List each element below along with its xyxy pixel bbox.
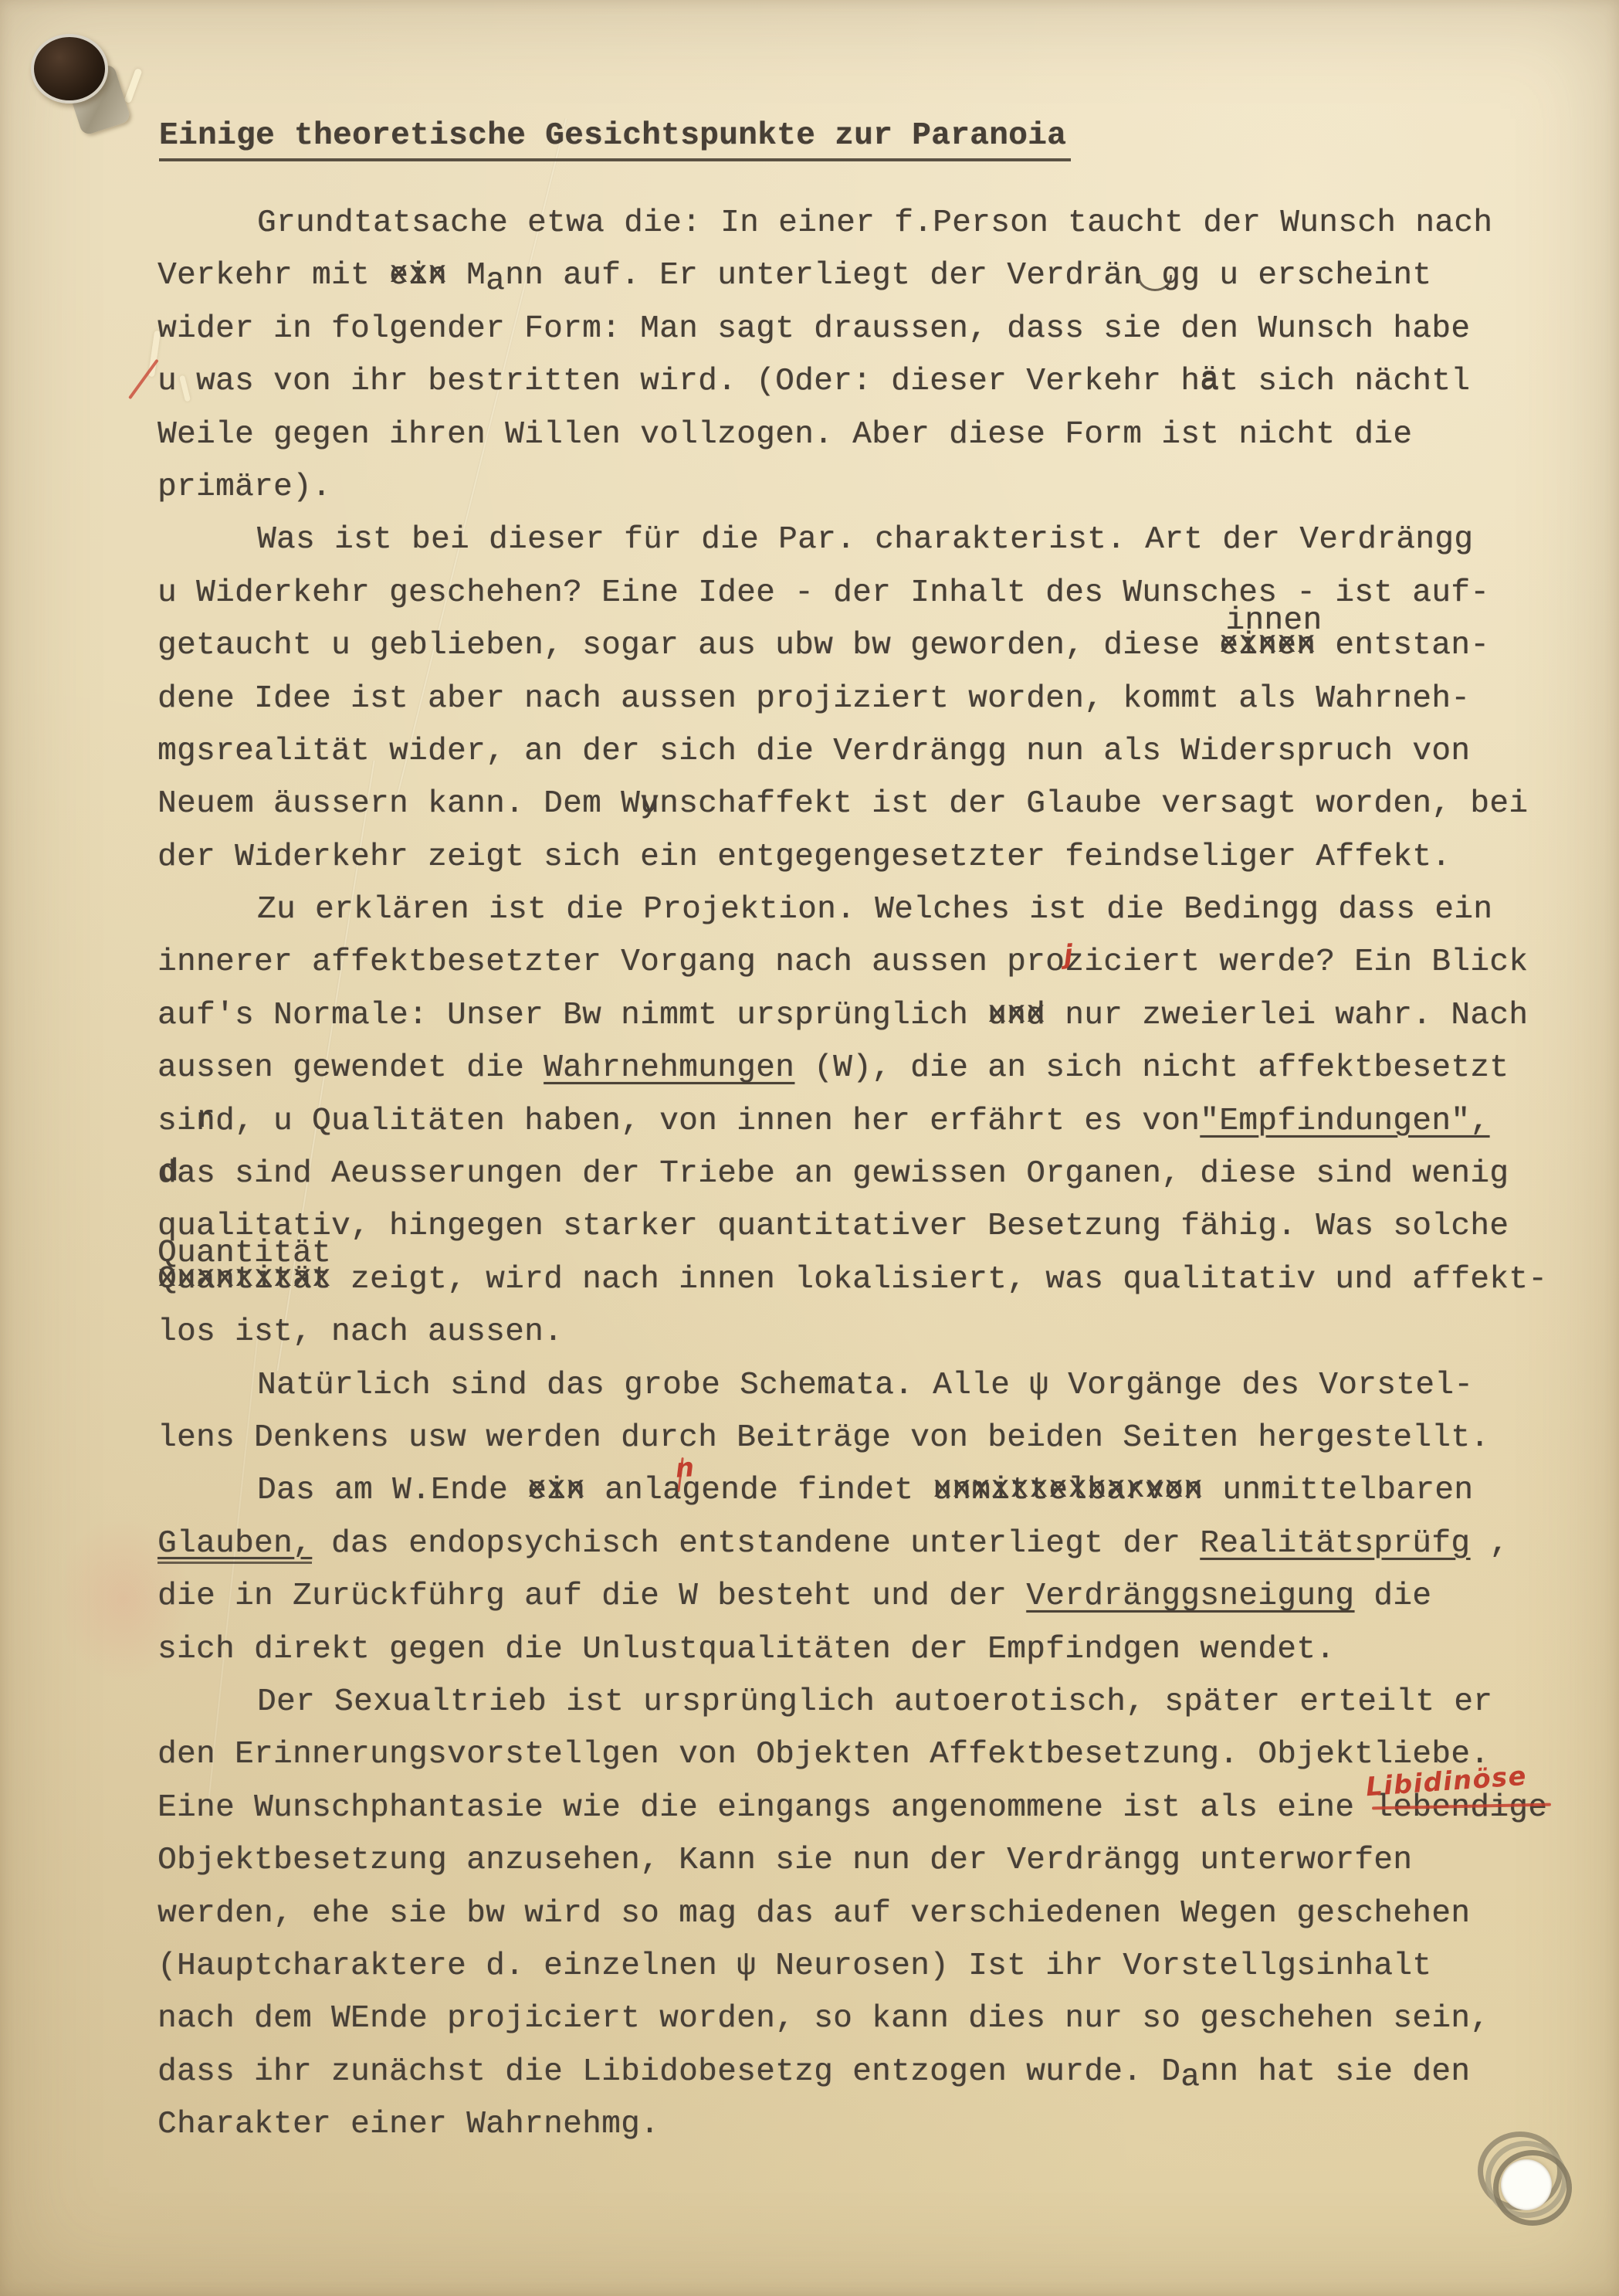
document-title: Einige theoretische Gesichtspunkte zur P… — [159, 120, 1071, 161]
typewritten-line: Glauben, das endopsychisch entstandene u… — [157, 1518, 1601, 1570]
typed-segment: aussen gewendet die — [157, 1050, 544, 1086]
typed-segment: "Empfindungen", — [1200, 1104, 1489, 1139]
typewritten-line: Natürlich sind das grobe Schemata. Alle … — [157, 1359, 1601, 1412]
typed-segment: den Erinnerungsvorstellgen von Objekten … — [157, 1737, 1489, 1772]
typed-segment: das endopsychisch entstandene unterliegt… — [312, 1526, 1200, 1562]
typed-segment: zeigt, wird nach innen lokalisiert, was … — [331, 1262, 1547, 1297]
typewritten-line: Neuem äussern kann. Dem Wuynschaffekt is… — [157, 778, 1601, 830]
typed-segment: einenxxxxx — [1219, 628, 1316, 663]
hole-punch — [1501, 2159, 1552, 2210]
punched-hole — [1464, 2125, 1595, 2257]
typed-segment: undxxx — [987, 998, 1045, 1033]
typed-segment: Wahrnehmungen — [544, 1050, 794, 1086]
typed-segment: nschaffekt ist der Glaube versagt worden… — [659, 786, 1528, 822]
typed-segment: lebendigeLibidinöse — [1373, 1790, 1547, 1826]
typed-segment — [1142, 258, 1161, 293]
typed-segment: wider in folgender Form: Man sagt drauss… — [157, 311, 1470, 347]
typed-segment: aä — [1200, 364, 1219, 399]
typed-segment: Zu erklären ist die Projektion. Welches … — [257, 892, 1492, 928]
typed-segment: die — [1354, 1579, 1431, 1614]
typewritten-line: den Erinnerungsvorstellgen von Objekten … — [157, 1728, 1601, 1781]
typed-segment: primäre). — [157, 470, 331, 505]
typed-segment: entstan- — [1316, 628, 1489, 663]
typed-segment: qualitativ, hingegen starker quantitativ… — [157, 1209, 1509, 1244]
typed-segment: Realitätsprüfg — [1200, 1526, 1470, 1562]
typed-segment: a — [486, 255, 505, 307]
typed-segment: u — [157, 364, 177, 399]
typed-segment: innerer affektbesetzter Vorgang nach aus… — [157, 945, 1065, 980]
typewritten-line: der Widerkehr zeigt sich ein entgegenges… — [157, 831, 1601, 883]
typewritten-line: die in Zurückführg auf die W besteht und… — [157, 1570, 1601, 1623]
typed-segment: (W), die an sich nicht affektbesetzt — [794, 1050, 1509, 1086]
typed-segment: anla — [585, 1473, 682, 1508]
typed-segment: dass ihr zunächst die Libidobesetzg entz… — [157, 2054, 1180, 2090]
typed-segment: was von ihr bestritten wird. (Oder: dies… — [177, 364, 1200, 399]
typed-segment: Eine Wunschphantasie wie die eingangs an… — [157, 1790, 1373, 1826]
pin-head — [31, 34, 108, 103]
typed-segment: Das am W.Ende — [257, 1473, 527, 1508]
typed-segment: dd — [157, 1156, 177, 1192]
typed-lines: Grundtatsache etwa die: In einer f.Perso… — [157, 197, 1601, 2151]
typewritten-line: Verkehr mit einxxx Mann auf. Er unterlie… — [157, 249, 1601, 302]
typed-segment: Charakter einer Wahrnehmg. — [157, 2107, 659, 2142]
overtype-mark: xxx — [527, 1474, 585, 1505]
typed-segment: Quantitätxxxxxxxxx — [157, 1262, 331, 1297]
overtype-mark: y — [640, 789, 659, 820]
typewritten-line: aussen gewendet die Wahrnehmungen (W), d… — [157, 1042, 1601, 1094]
typed-segment: as sind Aeusserungen der Triebe an gewis… — [177, 1156, 1509, 1192]
typewritten-line: u was von ihr bestritten wird. (Oder: di… — [157, 355, 1601, 408]
typed-segment: Natürlich sind das grobe Schemata. Alle … — [257, 1368, 1473, 1403]
typewritten-line: Was ist bei dieser für die Par. charakte… — [157, 514, 1601, 566]
metal-pin — [29, 29, 145, 145]
typewritten-line: primäre). — [157, 461, 1601, 514]
typed-segment: u Widerkehr geschehen? Eine Idee - der I… — [157, 575, 1489, 611]
typed-segment: Der Sexualtrieb ist ursprünglich autoero… — [257, 1684, 1492, 1720]
typed-segment: Weile gegen ihren Willen vollzogen. Aber… — [157, 417, 1412, 453]
typed-segment: a — [1180, 2051, 1200, 2104]
typewritten-line: werden, ehe sie bw wird so mag das auf v… — [157, 1887, 1601, 1940]
typewritten-line: nach dem WEnde projiciert worden, so kan… — [157, 1992, 1601, 2045]
typewritten-line: mgsrealität wider, an der sich die Verdr… — [157, 725, 1601, 778]
overtype-mark: xxxxxxxxxxxxxx — [933, 1474, 1203, 1505]
typed-segment: unmittelbarvonxxxxxxxxxxxxxx — [933, 1473, 1203, 1508]
typewritten-line: los ist, nach aussen. — [157, 1306, 1601, 1358]
typed-segment: Glauben, — [157, 1526, 312, 1564]
typewritten-line: sich direkt gegen die Unlustqualitäten d… — [157, 1623, 1601, 1676]
typed-segment: der Widerkehr zeigt sich ein entgegenges… — [157, 839, 1451, 875]
typewritten-line: auf's Normale: Unser Bw nimmt ursprüngli… — [157, 989, 1601, 1042]
typed-segment: Was ist bei dieser für die Par. charakte… — [257, 522, 1473, 558]
typed-segment: d, u Qualitäten haben, von innen her erf… — [215, 1104, 1200, 1139]
overtype-mark: xxxxx — [1219, 629, 1316, 660]
typewritten-line: Grundtatsache etwa die: In einer f.Perso… — [157, 197, 1601, 249]
typewritten-line: dene Idee ist aber nach aussen projizier… — [157, 673, 1601, 725]
typed-segment: Verdränggsneigung — [1026, 1579, 1354, 1614]
typewritten-line: Eine Wunschphantasie wie die eingangs an… — [157, 1782, 1601, 1834]
typewritten-line: Der Sexualtrieb ist ursprünglich autoero… — [157, 1676, 1601, 1728]
overtype-mark: r — [196, 1104, 215, 1135]
typed-segment: zj — [1065, 945, 1084, 980]
typewritten-line: QuantitätQuantitätxxxxxxxxx zeigt, wird … — [157, 1253, 1601, 1306]
typewritten-line: ddas sind Aeusserungen der Triebe an gew… — [157, 1148, 1601, 1200]
typewritten-line: Charakter einer Wahrnehmg. — [157, 2098, 1601, 2151]
typed-content: Einige theoretische Gesichtspunkte zur P… — [157, 120, 1601, 2151]
typewritten-line: Das am W.Ende einxxx anlagenden findet u… — [157, 1464, 1601, 1517]
typewritten-line: u Widerkehr geschehen? Eine Idee - der I… — [157, 567, 1601, 619]
typewritten-line: innerer affektbesetzter Vorgang nach aus… — [157, 936, 1601, 989]
typewritten-line: Zu erklären ist die Projektion. Welches … — [157, 883, 1601, 936]
overtype-mark: xxx — [389, 259, 447, 290]
typed-segment: M — [447, 258, 486, 293]
typed-segment: mgsrealität wider, an der sich die Verdr… — [157, 734, 1470, 769]
typed-segment: nur zweierlei wahr. Nach — [1045, 998, 1528, 1033]
typed-segment: uy — [640, 786, 659, 822]
typewritten-line: dass ihr zunächst die Libidobesetzg entz… — [157, 2046, 1601, 2098]
scanned-manuscript-page: Einige theoretische Gesichtspunkte zur P… — [0, 0, 1619, 2296]
typed-segment: , — [1470, 1526, 1509, 1562]
typed-segment: (Hauptcharaktere d. einzelnen ψ Neurosen… — [157, 1948, 1431, 1984]
overtype-mark: xxx — [987, 999, 1045, 1030]
typed-segment: Objektbesetzung anzusehen, Kann sie nun … — [157, 1843, 1412, 1878]
typewritten-line: sinrd, u Qualitäten haben, von innen her… — [157, 1095, 1601, 1148]
typed-segment: dene Idee ist aber nach aussen projizier… — [157, 681, 1470, 717]
overtype-mark: ä — [1200, 365, 1219, 396]
typewritten-line: wider in folgender Form: Man sagt drauss… — [157, 303, 1601, 355]
typed-segment: die in Zurückführg auf die W besteht und… — [157, 1579, 1026, 1614]
typed-segment: unmittelbaren — [1203, 1473, 1473, 1508]
typed-segment: findet — [778, 1473, 933, 1508]
typewritten-line: qualitativ, hingegen starker quantitativ… — [157, 1200, 1601, 1253]
typed-segment: nach dem WEnde projiciert worden, so kan… — [157, 2001, 1489, 2037]
typed-segment: los ist, nach aussen. — [157, 1314, 563, 1350]
typed-segment: t sich nächtl — [1219, 364, 1470, 399]
typed-segment: gg u erscheint — [1161, 258, 1431, 293]
typewritten-line: lens Denkens usw werden durch Beiträge v… — [157, 1412, 1601, 1464]
typed-segment: einxxx — [389, 258, 447, 293]
typed-segment: auf's Normale: Unser Bw nimmt ursprüngli… — [157, 998, 987, 1033]
typed-segment: nn auf. Er unterliegt der Verdrän — [505, 258, 1142, 293]
typed-segment: lens Denkens usw werden durch Beiträge v… — [157, 1420, 1489, 1456]
overtype-mark: xxxxxxxxx — [157, 1263, 331, 1294]
typed-segment: nr — [196, 1104, 215, 1139]
typed-segment: iciert werde? Ein Blick — [1084, 945, 1528, 980]
typed-segment: nn hat sie den — [1200, 2054, 1470, 2090]
typed-segment: Grundtatsache etwa die: In einer f.Perso… — [257, 205, 1492, 241]
typed-segment: sich direkt gegen die Unlustqualitäten d… — [157, 1632, 1335, 1667]
typed-segment: Neuem äussern kann. Dem W — [157, 786, 640, 822]
typed-segment: Verkehr mit — [157, 258, 389, 293]
typewritten-line: Objektbesetzung anzusehen, Kann sie nun … — [157, 1834, 1601, 1887]
typed-segment: werden, ehe sie bw wird so mag das auf v… — [157, 1896, 1470, 1931]
typed-segment: einxxx — [527, 1473, 585, 1508]
handwritten-correction: j — [1062, 941, 1074, 968]
typewritten-line: (Hauptcharaktere d. einzelnen ψ Neurosen… — [157, 1940, 1601, 1992]
typed-segment: genden — [682, 1473, 778, 1508]
typed-segment: getaucht u geblieben, sogar aus ubw bw g… — [157, 628, 1219, 663]
typed-segment: si — [157, 1104, 196, 1139]
typewritten-line: getaucht u geblieben, sogar aus ubw bw g… — [157, 619, 1601, 672]
typewritten-line: Weile gegen ihren Willen vollzogen. Aber… — [157, 409, 1601, 461]
